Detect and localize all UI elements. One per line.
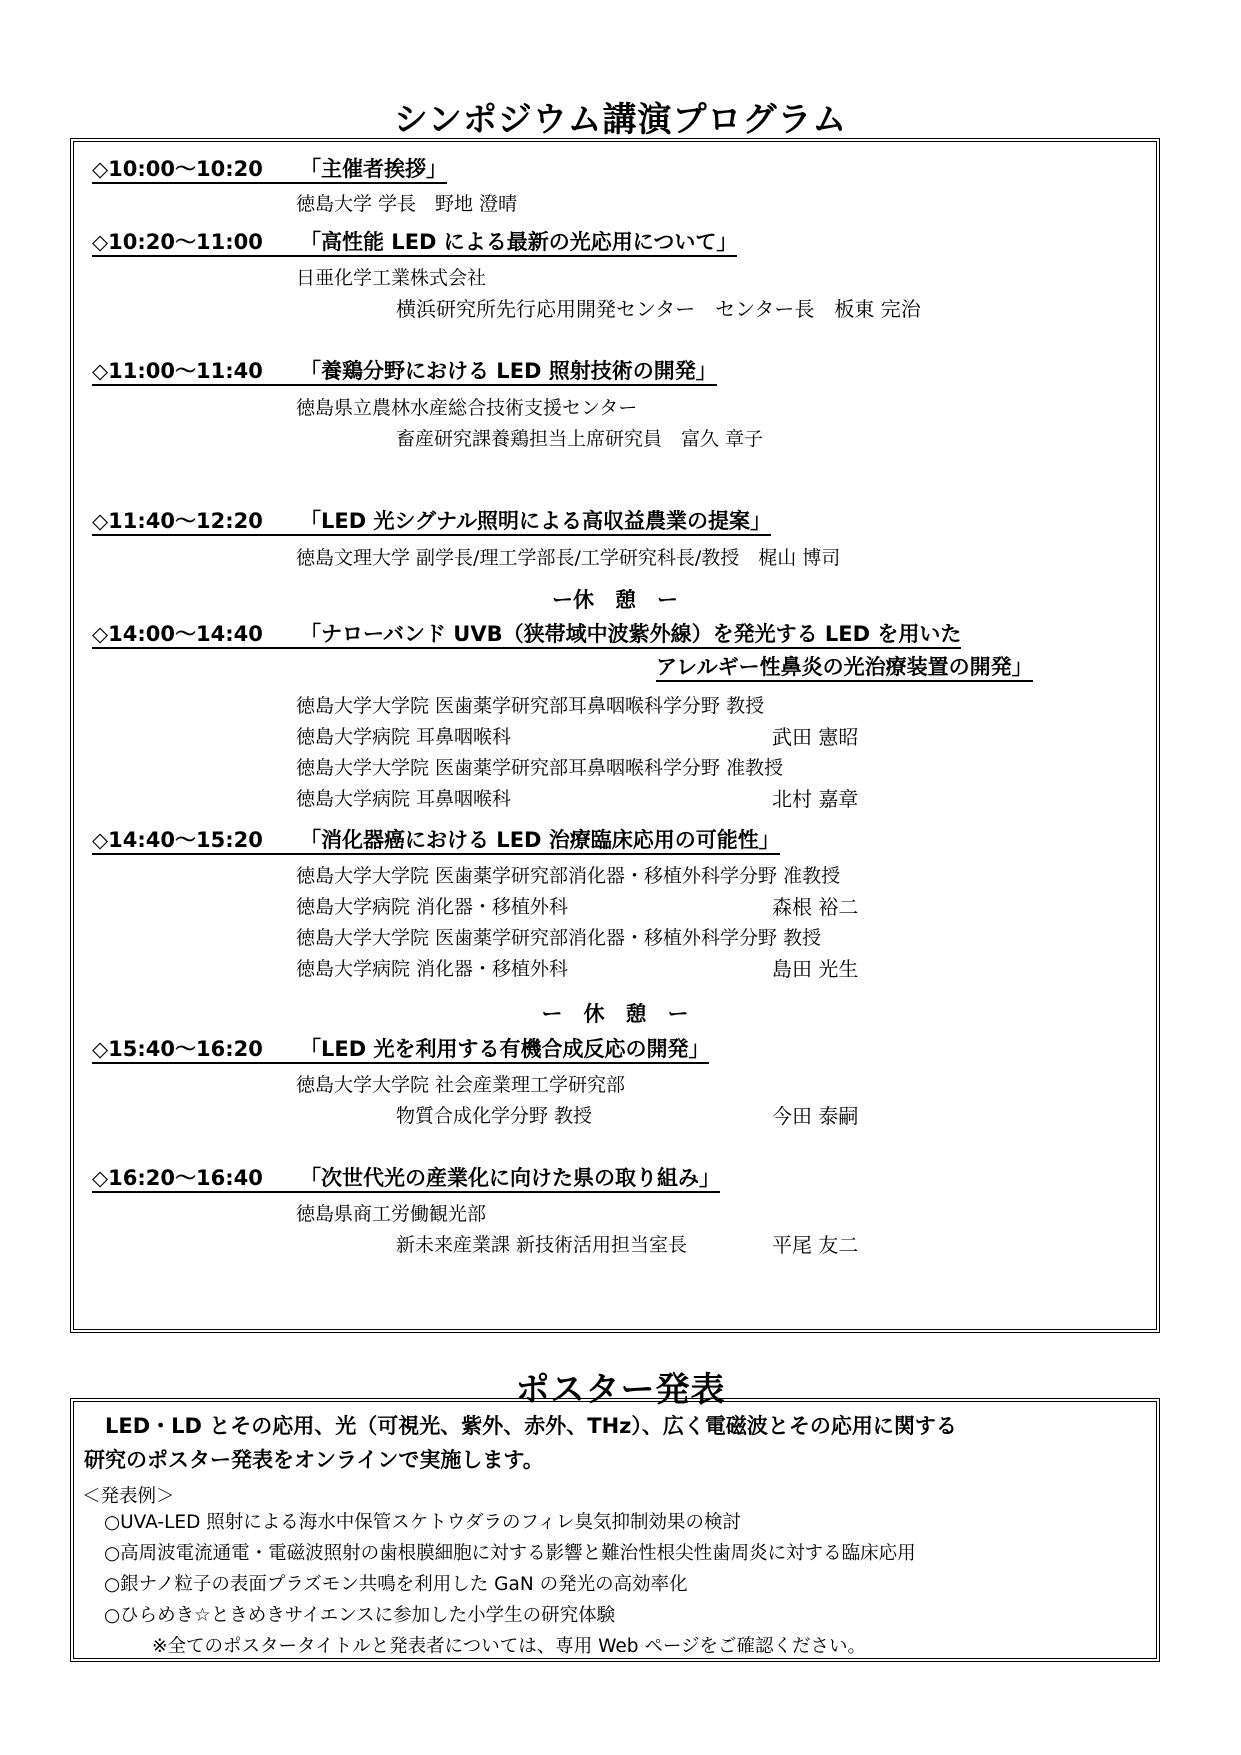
session-time: ◇16:20〜16:40 [92, 1165, 300, 1191]
session-time: ◇15:40〜16:20 [92, 1036, 300, 1062]
speaker-name: 武田 憲昭 [772, 725, 858, 749]
speaker-name: 今田 泰嗣 [772, 1104, 858, 1128]
poster-lead-line-1: LED・LD とその応用、光（可視光、紫外、赤外、THz）、広く電磁波とその応用… [84, 1410, 957, 1440]
session-talk-title: 「高性能 LED による最新の光応用について」 [300, 230, 737, 254]
session-heading: ◇14:40〜15:20「消化器癌における LED 治療臨床応用の可能性」 [92, 827, 780, 855]
session-heading: ◇15:40〜16:20「LED 光を利用する有機合成反応の開発」 [92, 1036, 709, 1064]
session-time: ◇10:00〜10:20 [92, 156, 300, 182]
speaker-name: 森根 裕二 [772, 895, 858, 919]
poster-note: ※全てのポスタータイトルと発表者については、専用 Web ページをご確認ください… [152, 1632, 866, 1658]
speaker-line: 徳島大学大学院 医歯薬学研究部耳鼻咽喉科学分野 准教授 [296, 756, 783, 780]
session-heading: ◇11:40〜12:20「LED 光シグナル照明による高収益農業の提案」 [92, 508, 771, 536]
speaker-line: 物質合成化学分野 教授 [396, 1104, 592, 1128]
session-talk-title: 「主催者挨拶」 [300, 157, 447, 181]
session-heading: ◇11:00〜11:40「養鶏分野における LED 照射技術の開発」 [92, 358, 717, 386]
session-6: ◇14:40〜15:20「消化器癌における LED 治療臨床応用の可能性」 [92, 827, 780, 855]
speaker-line: 畜産研究課養鶏担当上席研究員 富久 章子 [396, 427, 763, 451]
session-5: ◇14:00〜14:40「ナローバンド UVB（狭帯域中波紫外線）を発光する L… [92, 621, 961, 649]
speaker-line: 徳島大学病院 消化器・移植外科 [296, 957, 568, 981]
break-label: ー 休 憩 ー [74, 998, 1156, 1028]
poster-example: ○高周波電流通電・電磁波照射の歯根膜細胞に対する影響と難治性根尖性歯周炎に対する… [104, 1539, 916, 1565]
speaker-name: 北村 嘉章 [772, 787, 858, 811]
poster-box: LED・LD とその応用、光（可視光、紫外、赤外、THz）、広く電磁波とその応用… [70, 1398, 1160, 1662]
session-time: ◇10:20〜11:00 [92, 229, 300, 255]
session-heading: ◇10:00〜10:20「主催者挨拶」 [92, 156, 447, 184]
poster-example: ○銀ナノ粒子の表面プラズモン共鳴を利用した GaN の発光の高効率化 [104, 1570, 688, 1596]
examples-label: ＜発表例＞ [82, 1482, 175, 1508]
symposium-program-box: ◇10:00〜10:20「主催者挨拶」 徳島大学 学長 野地 澄晴 ◇10:20… [70, 138, 1160, 1333]
speaker-line: 新未来産業課 新技術活用担当室長 [396, 1233, 687, 1257]
session-heading: ◇10:20〜11:00「高性能 LED による最新の光応用について」 [92, 229, 737, 257]
speaker-line: 徳島県商工労働観光部 [296, 1202, 486, 1226]
session-2: ◇10:20〜11:00「高性能 LED による最新の光応用について」 [92, 229, 737, 257]
speaker-name: 平尾 友二 [772, 1233, 858, 1257]
speaker-line: 徳島大学 学長 野地 澄晴 [296, 192, 517, 216]
speaker-line: 徳島大学大学院 社会産業理工学研究部 [296, 1073, 625, 1097]
speaker-line: 徳島大学大学院 医歯薬学研究部耳鼻咽喉科学分野 教授 [296, 694, 764, 718]
session-talk-title: 「LED 光を利用する有機合成反応の開発」 [300, 1037, 709, 1061]
session-time: ◇11:00〜11:40 [92, 358, 300, 384]
speaker-name: 島田 光生 [772, 957, 858, 981]
session-4: ◇11:40〜12:20「LED 光シグナル照明による高収益農業の提案」 [92, 508, 771, 536]
break-label: ー休 憩 ー [74, 584, 1156, 614]
session-time: ◇14:00〜14:40 [92, 621, 300, 647]
session-8: ◇16:20〜16:40「次世代光の産業化に向けた県の取り組み」 [92, 1165, 720, 1193]
speaker-line: 徳島大学大学院 医歯薬学研究部消化器・移植外科学分野 教授 [296, 926, 821, 950]
session-talk-title: 「LED 光シグナル照明による高収益農業の提案」 [300, 509, 771, 533]
speaker-line: 横浜研究所先行応用開発センター センター長 板東 完治 [396, 297, 921, 321]
session-1: ◇10:00〜10:20「主催者挨拶」 [92, 156, 447, 184]
speaker-line: 徳島県立農林水産総合技術支援センター [296, 396, 637, 420]
session-time: ◇14:40〜15:20 [92, 827, 300, 853]
speaker-line: 徳島大学病院 耳鼻咽喉科 [296, 787, 511, 811]
poster-lead-line-2: 研究のポスター発表をオンラインで実施します。 [84, 1444, 544, 1474]
speaker-line: 徳島文理大学 副学長/理工学部長/工学研究科長/教授 梶山 博司 [296, 546, 840, 570]
session-talk-title: 「次世代光の産業化に向けた県の取り組み」 [300, 1166, 720, 1190]
speaker-line: 徳島大学病院 耳鼻咽喉科 [296, 725, 511, 749]
session-talk-title: 「ナローバンド UVB（狭帯域中波紫外線）を発光する LED を用いた [300, 622, 961, 646]
speaker-line: 徳島大学大学院 医歯薬学研究部消化器・移植外科学分野 准教授 [296, 864, 840, 888]
session-talk-title-line2: アレルギー性鼻炎の光治療装置の開発」 [656, 654, 1033, 682]
session-3: ◇11:00〜11:40「養鶏分野における LED 照射技術の開発」 [92, 358, 717, 386]
speaker-line: 日亜化学工業株式会社 [296, 266, 486, 290]
session-talk-title: 「養鶏分野における LED 照射技術の開発」 [300, 359, 717, 383]
session-heading: ◇14:00〜14:40「ナローバンド UVB（狭帯域中波紫外線）を発光する L… [92, 621, 961, 649]
session-talk-title: 「消化器癌における LED 治療臨床応用の可能性」 [300, 828, 780, 852]
session-7: ◇15:40〜16:20「LED 光を利用する有機合成反応の開発」 [92, 1036, 709, 1064]
session-time: ◇11:40〜12:20 [92, 508, 300, 534]
session-heading: ◇16:20〜16:40「次世代光の産業化に向けた県の取り組み」 [92, 1165, 720, 1193]
poster-example: ○UVA-LED 照射による海水中保管スケトウダラのフィレ臭気抑制効果の検討 [104, 1508, 741, 1534]
poster-example: ○ひらめき☆ときめきサイエンスに参加した小学生の研究体験 [104, 1601, 615, 1627]
symposium-title: シンポジウム講演プログラム [0, 92, 1241, 141]
speaker-line: 徳島大学病院 消化器・移植外科 [296, 895, 568, 919]
